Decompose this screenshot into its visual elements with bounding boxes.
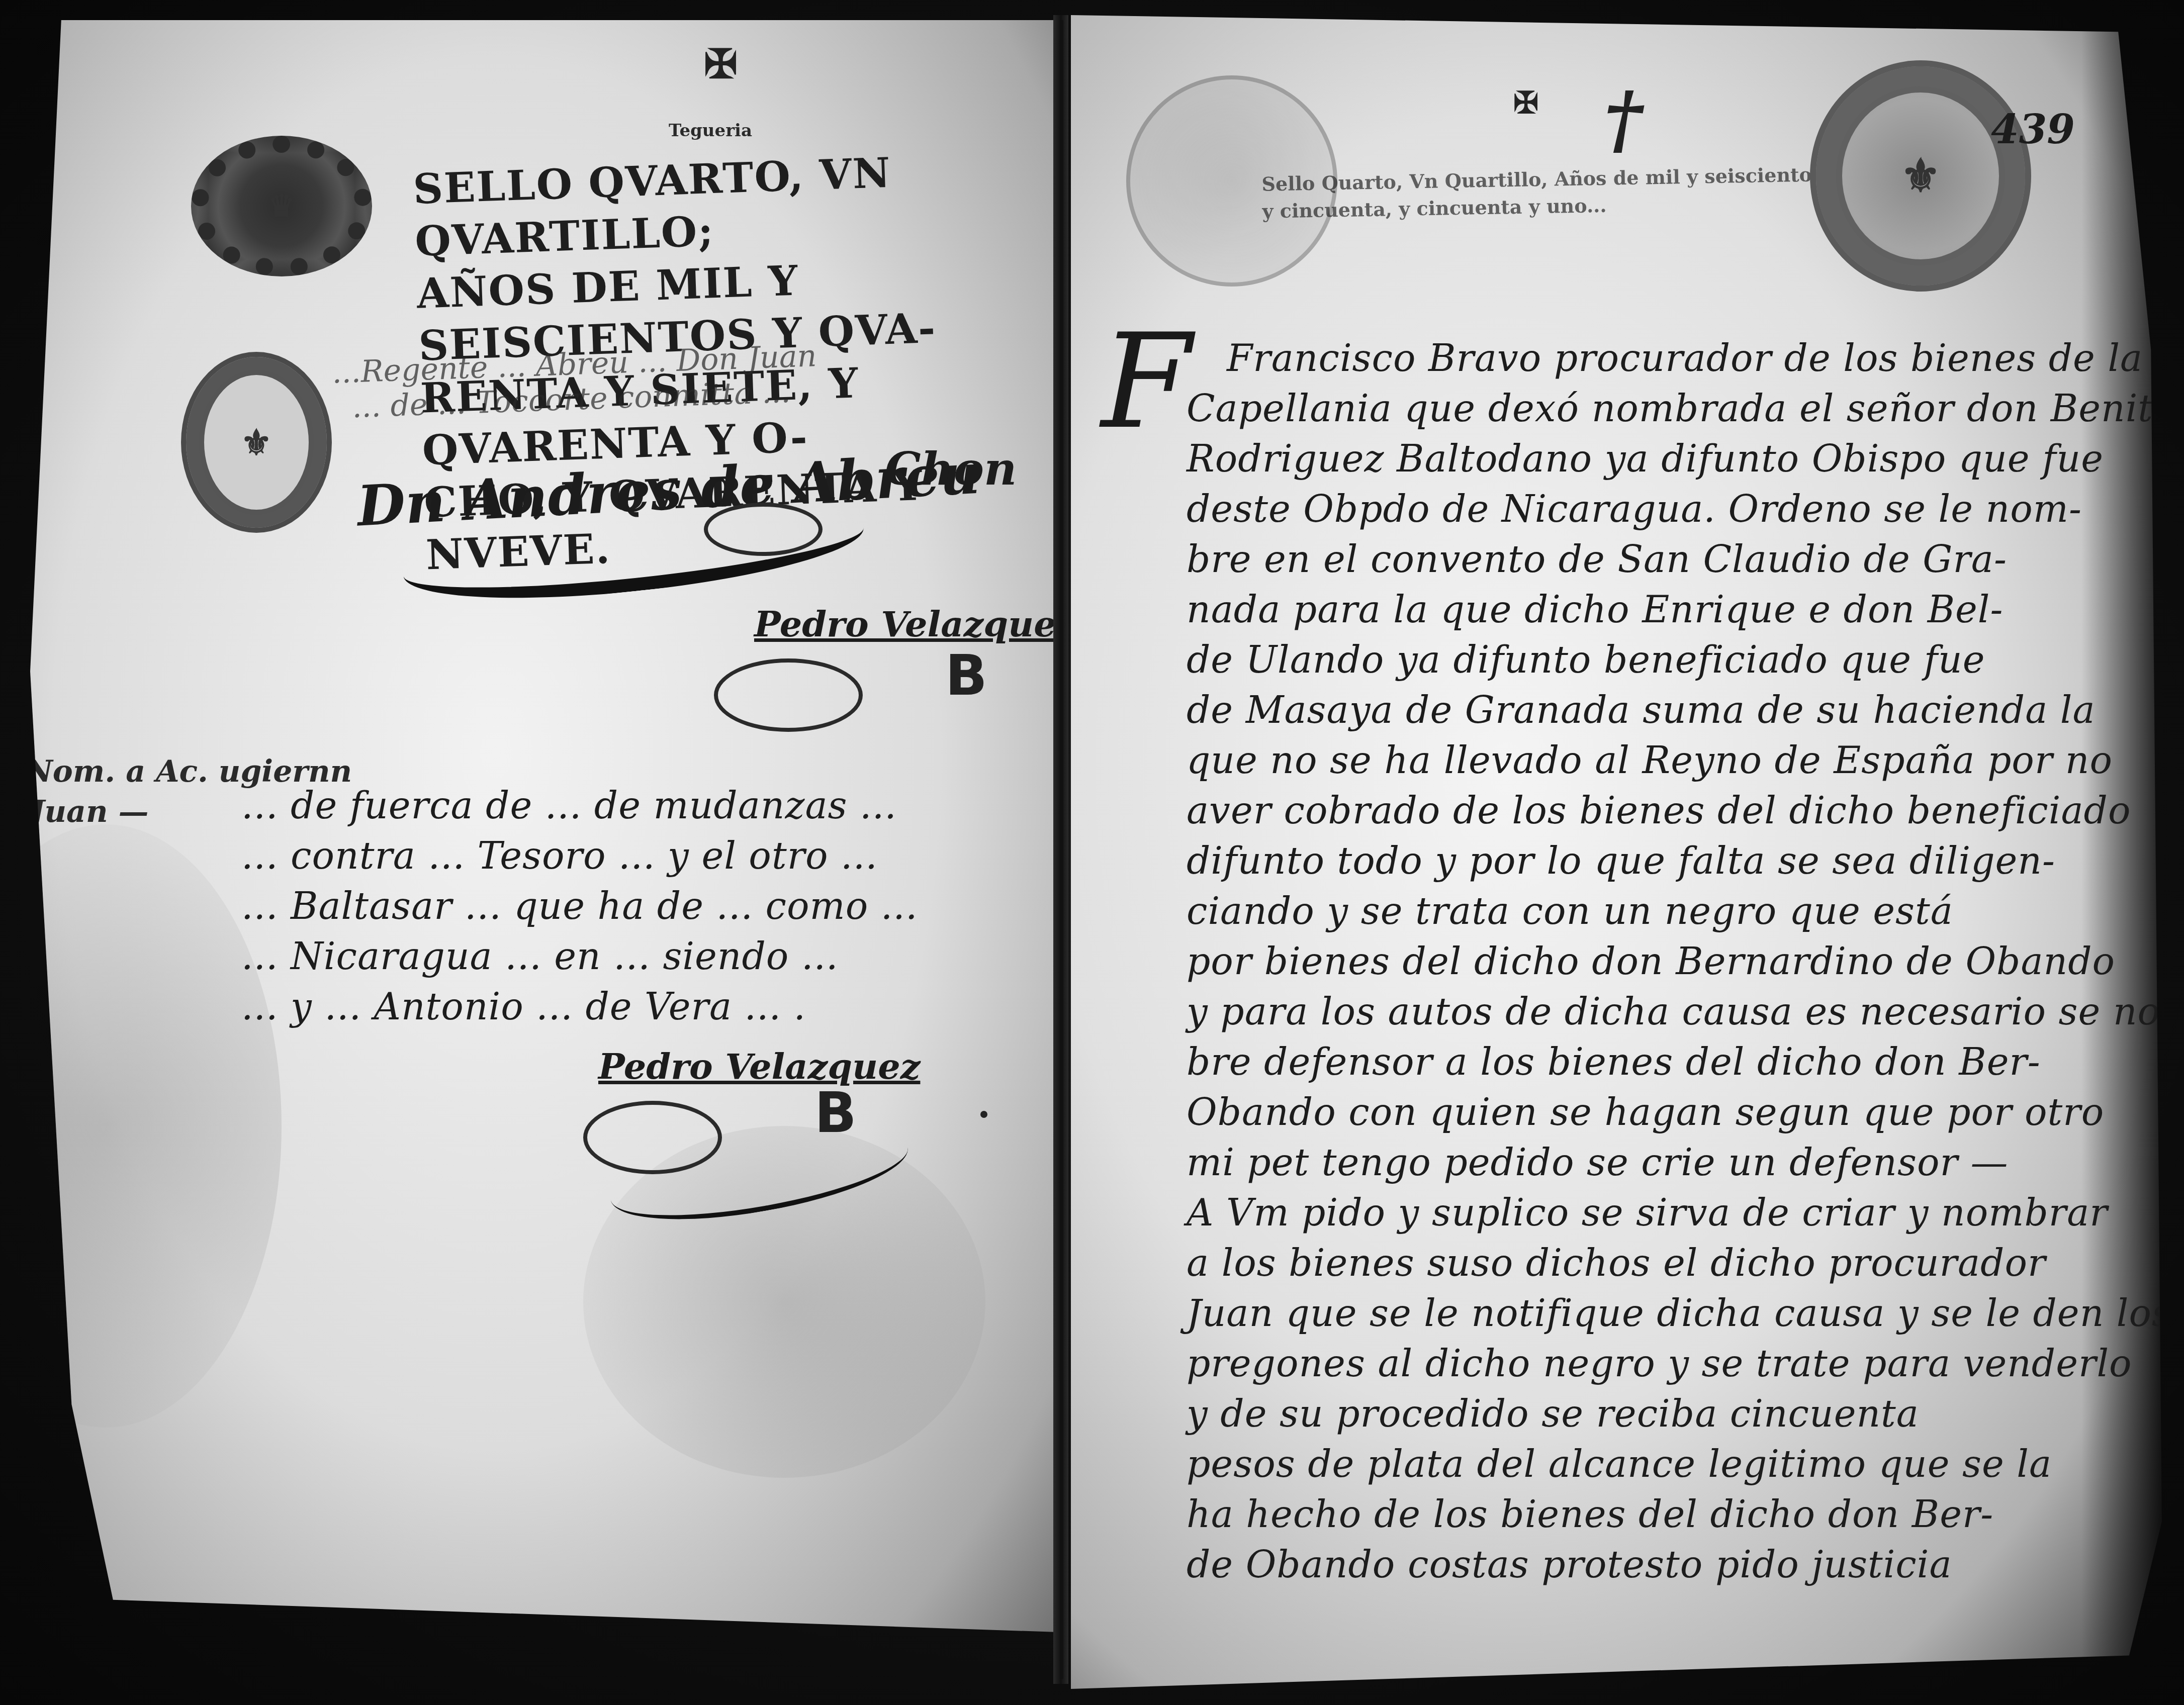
left-body-line-3: ... Baltasar ... que ha de ... como ... (241, 885, 918, 928)
left-body-line-2: ... contra ... Tesoro ... y el otro ... (241, 834, 878, 878)
black-royal-seal: ♛ (191, 136, 372, 276)
signature-abbreviation: Chon (885, 442, 1017, 496)
margin-note-2: Juan — (30, 794, 148, 829)
left-body-line-5: ... y ... Antonio ... de Vera ... . (241, 985, 806, 1028)
left-body-line-4: ... Nicaragua ... en ... siendo ... (241, 935, 839, 978)
top-cross-icon: ✠ (704, 40, 738, 87)
rubric-2-name: Pedro Velazquez (598, 1046, 920, 1087)
round-ink-stamp: ⚜ (181, 352, 332, 533)
left-body-line-1: ... de fuerca de ... de mudanzas ... (241, 784, 897, 827)
scan-background: ✠ Tegueria ♛ SELLO QVARTO, VN QVARTILLO;… (0, 0, 2184, 1705)
right-page-lower (1071, 15, 2162, 1689)
rubric-1-flourish (714, 658, 863, 732)
left-page: ✠ Tegueria ♛ SELLO QVARTO, VN QVARTILLO;… (30, 20, 1066, 1649)
printed-header-small: Tegueria (669, 121, 752, 141)
rubric-loop (704, 503, 823, 556)
ink-dot (980, 1111, 987, 1118)
coat-of-arms-icon: ⚜ (241, 422, 272, 463)
rubric-1-name: Pedro Velazquez (754, 603, 1066, 645)
page-divider (1060, 20, 1063, 1679)
crown-icon: ♛ (268, 188, 295, 224)
rubric-1-mark: B (945, 643, 987, 708)
